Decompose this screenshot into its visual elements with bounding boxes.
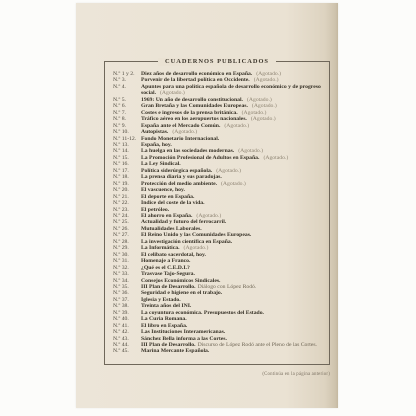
item-text: Apuntes para una política española de de… <box>141 84 323 97</box>
item-title: El deporte en España. <box>141 194 194 200</box>
item-title: El celibato sacerdotal, hoy. <box>141 252 206 258</box>
item-title: La Ley Sindical. <box>141 161 181 167</box>
scanned-page: CUADERNOS PUBLICADOS N.º 1 y 2. Diez año… <box>76 3 338 408</box>
item-title: El libro en España. <box>141 323 187 329</box>
item-title: Autopistas. <box>141 129 168 135</box>
item-availability-note: (Agotado.) <box>172 129 197 135</box>
item-title: ¿Qué es el C.E.D.I.? <box>141 265 190 271</box>
item-title: Porvenir de la libertad política en Occi… <box>141 77 250 83</box>
item-title: Las Instituciones Interamericanas. <box>141 329 225 335</box>
item-title: Tráfico aéreo en los aeropuertos naciona… <box>141 116 247 122</box>
item-availability-note: (Agotado.) <box>160 90 185 96</box>
item-title: III Plan de Desarrollo. <box>141 342 196 348</box>
item-extra: Diálogo con López Rodó. <box>198 284 257 290</box>
item-title: III Plan de Desarrollo. <box>141 284 196 290</box>
item-title: Treinta años del INI. <box>141 303 191 309</box>
item-title: Iglesia y Estado. <box>141 297 181 303</box>
item-title: El Reino Unido y las Comunidades Europea… <box>141 232 251 238</box>
item-availability-note: (Agotado.) <box>216 168 241 174</box>
item-title: Gran Bretaña y las Comunidades Europeas. <box>141 103 248 109</box>
item-title: Mutualidades Laborales. <box>141 226 202 232</box>
item-number: N.º 45. <box>113 348 141 354</box>
item-title: España ante el Mercado Común. <box>141 123 220 129</box>
item-availability-note: (Agotado.) <box>252 103 277 109</box>
item-title: Seguridad e higiene en el trabajo. <box>141 290 222 296</box>
item-title: El vascuence, hoy. <box>141 187 185 193</box>
item-title: Sánchez Bella informa a las Cortes. <box>141 336 227 342</box>
list-item: N.º 45. Marina Mercante Española. <box>113 348 323 354</box>
item-title: El ahorro en España. <box>141 213 192 219</box>
item-availability-note: (Agotado.) <box>254 77 279 83</box>
item-title: La prensa diaria y sus paradojas. <box>141 174 222 180</box>
item-availability-note: (Agotado.) <box>263 155 288 161</box>
item-extra: Discurso de López Rodó ante el Pleno de … <box>198 342 317 348</box>
item-availability-note: (Agotado.) <box>238 148 263 154</box>
item-title: 1969: Un año de desarrollo constituciona… <box>141 97 243 103</box>
item-availability-note: (Agotado.) <box>242 110 267 116</box>
item-title: El petróleo. <box>141 207 169 213</box>
continuation-note: (Continúa en la página anterior) <box>262 372 330 377</box>
item-availability-note: (Agotado.) <box>184 245 209 251</box>
item-title: Costes e ingresos de la prensa británica… <box>141 110 238 116</box>
item-availability-note: (Agotado.) <box>251 116 276 122</box>
item-availability-note: (Agotado.) <box>196 213 221 219</box>
item-title: La huelga en las sociedades modernas. <box>141 148 234 154</box>
item-title: Protección del medio ambiente. <box>141 181 217 187</box>
item-title: Homenaje a Franco. <box>141 258 190 264</box>
item-title: La coyuntura económica. Presupuestos del… <box>141 310 264 316</box>
list-item: N.º 4. Apuntes para una política español… <box>113 84 323 97</box>
item-availability-note: (Agotado.) <box>247 97 272 103</box>
list-header: CUADERNOS PUBLICADOS <box>158 58 276 66</box>
items-list: N.º 1 y 2. Diez años de desarrollo econó… <box>105 62 329 359</box>
item-title: Marina Mercante Española. <box>141 348 209 354</box>
item-title: La Curia Romana. <box>141 316 187 322</box>
item-availability-note: (Agotado.) <box>221 181 246 187</box>
item-title: Consejos Económicos Sindicales. <box>141 278 220 284</box>
item-title: Fondo Monetario Internacional. <box>141 136 219 142</box>
item-title: Trasvase Tajo-Segura. <box>141 271 195 277</box>
item-title: La investigación científica en España. <box>141 239 232 245</box>
item-title: La Promoción Profesional de Adultos en E… <box>141 155 259 161</box>
item-title: Actualidad y futuro del ferrocarril. <box>141 219 226 225</box>
published-issues-frame: CUADERNOS PUBLICADOS N.º 1 y 2. Diez año… <box>104 61 330 365</box>
item-number: N.º 4. <box>113 84 141 90</box>
item-text: Marina Mercante Española. <box>141 348 323 354</box>
item-title: La Informática. <box>141 245 180 251</box>
item-title: Indice del coste de la vida. <box>141 200 205 206</box>
item-availability-note: (Agotado.) <box>224 123 249 129</box>
item-title: Política siderúrgica española. <box>141 168 212 174</box>
